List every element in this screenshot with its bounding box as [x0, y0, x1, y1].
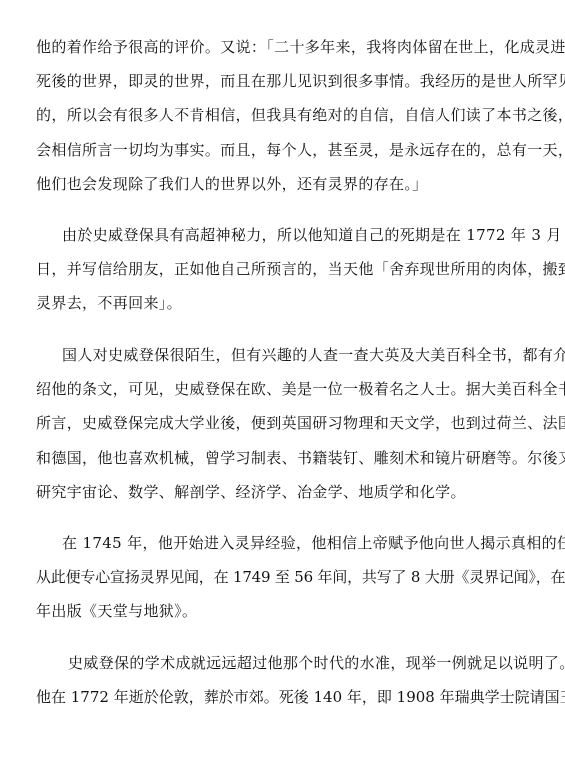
text-line: 死後的世界，即灵的世界，而且在那儿见识到很多事情。我经历的是世人所罕见 — [36, 71, 565, 91]
text-line: 绍他的条文，可见，史威登保在欧、美是一位一极着名之人士。据大美百科全书 — [36, 379, 565, 399]
text-line: 所言，史威登保完成大学业後，便到英国研习物理和天文学，也到过荷兰、法国 — [36, 413, 565, 433]
text-line: 他在 1772 年逝於伦敦，葬於市郊。死後 140 年，即 1908 年瑞典学士… — [36, 687, 565, 707]
text-line: 年出版《天堂与地狱》。 — [36, 601, 197, 621]
text-line: 日，并写信给朋友，正如他自己所预言的，当天他「舍弃现世所用的肉体，搬到 — [36, 259, 565, 279]
text-line: 在 1745 年，他开始进入灵异经验，他相信上帝赋予他向世人揭示真相的任务， — [62, 533, 565, 553]
text-line: 他的着作给予很高的评价。又说：「二十多年来，我将肉体留在世上，化成灵进入 — [36, 37, 565, 57]
text-line: 灵界去，不再回来」。 — [36, 293, 182, 313]
text-line: 研究宇宙论、数学、解剖学、经济学、冶金学、地质学和化学。 — [36, 482, 466, 502]
text-line: 从此便专心宣扬灵界见闻，在 1749 至 56 年间，共写了 8 大册《灵界记闻… — [36, 567, 565, 587]
text-line: 他们也会发现除了我们人的世界以外，还有灵界的存在。」 — [36, 174, 428, 194]
text-line: 和德国，他也喜欢机械，曾学习制表、书籍装钉、雕刻术和镜片研磨等。尔後又 — [36, 448, 565, 468]
text-line: 的，所以会有很多人不肯相信，但我具有绝对的自信，自信人们读了本书之後， — [36, 105, 565, 125]
text-line: 由於史威登保具有高超神秘力，所以他知道自己的死期是在 1772 年 3 月 29 — [62, 225, 565, 245]
text-line: 国人对史威登保很陌生，但有兴趣的人查一查大英及大美百科全书，都有介 — [62, 345, 565, 365]
text-line: 会相信所言一切均为事实。而且，每个人，甚至灵，是永远存在的，总有一天， — [36, 140, 565, 160]
text-line: 史威登保的学术成就远远超过他那个时代的水准，现举一例就足以说明了。 — [68, 653, 565, 673]
